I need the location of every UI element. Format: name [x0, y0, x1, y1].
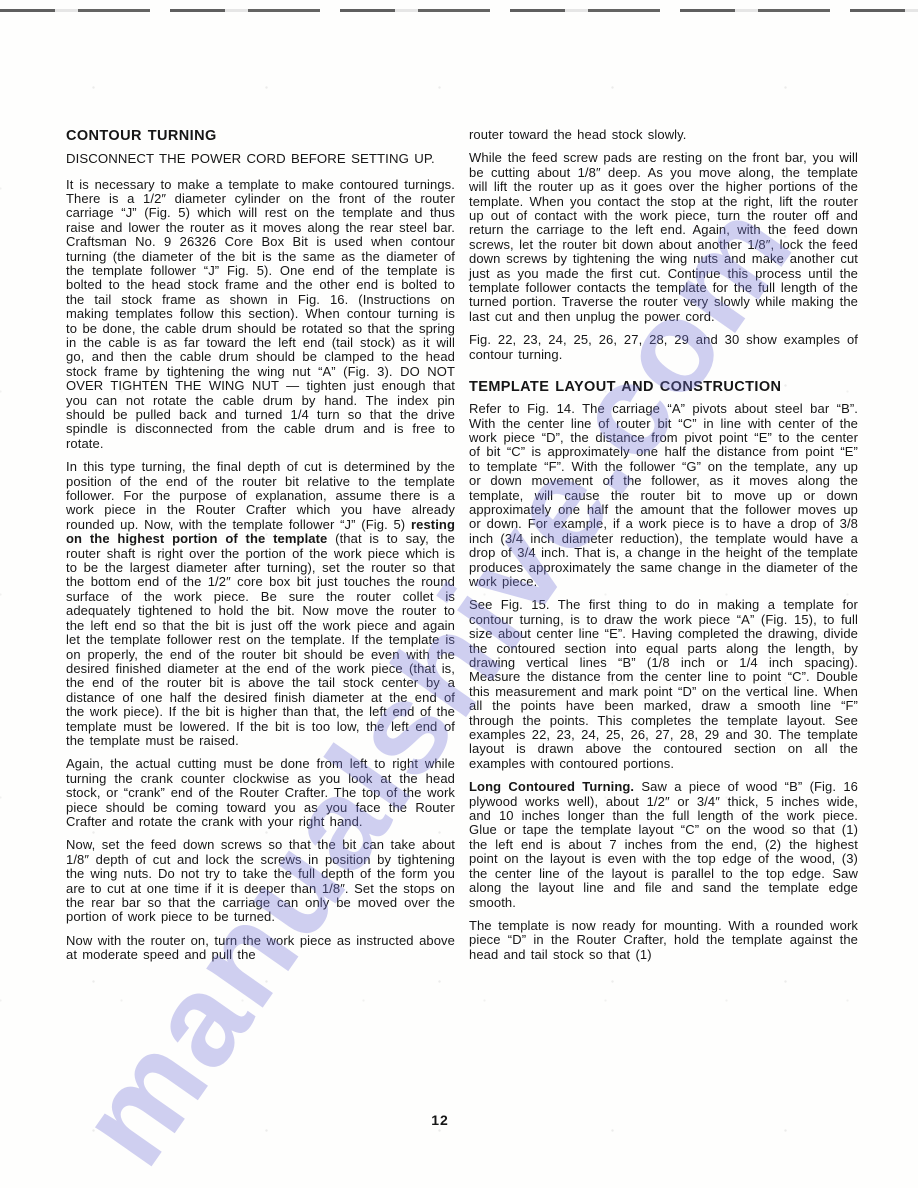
paragraph-feed-screw-pads: While the feed screw pads are resting on…	[469, 151, 858, 324]
paragraph-bold-lead: Long Contoured Turning.	[469, 779, 634, 794]
paragraph-template-intro: It is necessary to make a template to ma…	[66, 178, 455, 452]
heading-template-layout: TEMPLATE LAYOUT AND CONSTRUCTION	[469, 379, 858, 395]
two-column-layout: CONTOUR TURNING DISCONNECT THE POWER COR…	[66, 128, 858, 972]
heading-contour-turning: CONTOUR TURNING	[66, 128, 455, 144]
paragraph-depth-of-cut: In this type turning, the final depth of…	[66, 460, 455, 748]
paragraph-template-mounting: The template is now ready for mounting. …	[469, 919, 858, 962]
paragraph-refer-fig14: Refer to Fig. 14. The carriage “A” pivot…	[469, 402, 858, 589]
scan-artifact-line	[0, 9, 918, 12]
paragraph-figure-examples: Fig. 22, 23, 24, 25, 26, 27, 28, 29 and …	[469, 333, 858, 362]
paragraph-long-contoured-turning: Long Contoured Turning. Saw a piece of w…	[469, 780, 858, 910]
left-column: CONTOUR TURNING DISCONNECT THE POWER COR…	[66, 128, 455, 972]
paragraph-continuation: router toward the head stock slowly.	[469, 128, 858, 142]
paragraph-segment: Saw a piece of wood “B” (Fig. 16 plywood…	[469, 779, 858, 909]
paragraph-segment: In this type turning, the final depth of…	[66, 459, 455, 532]
manual-page: manualshive.com CONTOUR TURNING DISCONNE…	[0, 0, 918, 1188]
right-column: router toward the head stock slowly. Whi…	[469, 128, 858, 972]
paragraph-router-on: Now with the router on, turn the work pi…	[66, 934, 455, 963]
paragraph-feed-down-screws: Now, set the feed down screws so that th…	[66, 838, 455, 924]
power-cord-warning: DISCONNECT THE POWER CORD BEFORE SETTING…	[66, 151, 455, 167]
page-number: 12	[418, 1112, 462, 1128]
paragraph-see-fig15: See Fig. 15. The first thing to do in ma…	[469, 598, 858, 771]
paragraph-segment: (that is to say, the router shaft is rig…	[66, 531, 455, 748]
paragraph-cutting-direction: Again, the actual cutting must be done f…	[66, 757, 455, 829]
